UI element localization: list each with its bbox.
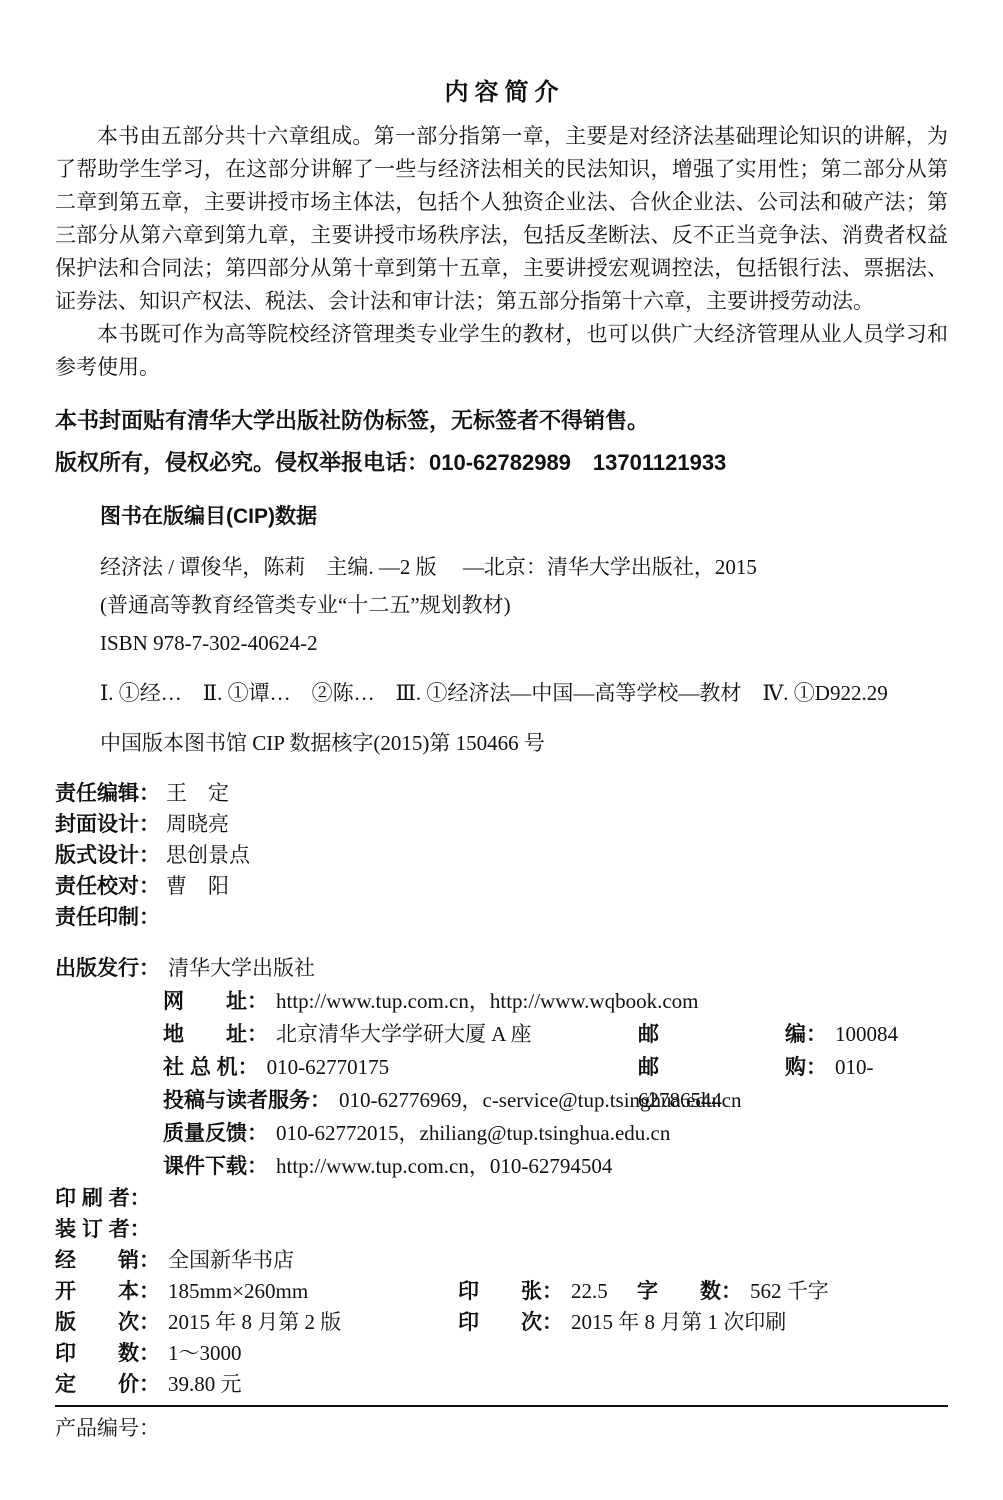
cip-classification: Ⅰ. ①经… Ⅱ. ①谭… ②陈… Ⅲ. ①经济法—中国—高等学校—教材 Ⅳ. …: [55, 678, 948, 708]
print-run-value: 1～3000: [168, 1341, 242, 1365]
credit-value: 周晓亮: [166, 812, 229, 836]
courseware-download-value: http://www.tup.com.cn，010-62794504: [276, 1154, 612, 1178]
publisher-block: 出版发行：清华大学出版社 网 址：http://www.tup.com.cn，h…: [55, 952, 948, 1183]
print-run-row: 印 数：1～3000: [55, 1338, 948, 1369]
postcode-label: 邮 编：: [638, 1023, 827, 1046]
footer-divider: [55, 1405, 948, 1407]
price-label: 定 价：: [55, 1373, 160, 1396]
summary-paragraph-2: 本书既可作为高等院校经济管理类专业学生的教材，也可以供广大经济管理从业人员学习和…: [55, 318, 948, 384]
postcode-group: 邮 编：100084: [638, 1018, 898, 1051]
impression-label: 印 次：: [458, 1311, 563, 1334]
credit-value: 曹 阳: [166, 874, 229, 898]
price-row: 定 价：39.80 元: [55, 1369, 948, 1400]
word-count-label: 字 数：: [637, 1280, 742, 1303]
product-number-row: 产品编号：: [55, 1413, 948, 1443]
copyright-notice: 版权所有，侵权必究。侵权举报电话：010-62782989 1370112193…: [55, 448, 948, 478]
cip-series: (普通高等教育经管类专业“十二五”规划教材): [55, 590, 948, 620]
format-label: 开 本：: [55, 1280, 160, 1303]
website-value: http://www.tup.com.cn，http://www.wqbook.…: [276, 989, 699, 1013]
credit-label: 责任编辑：: [55, 782, 160, 805]
impression-value: 2015 年 8 月第 1 次印刷: [571, 1310, 786, 1334]
reader-service-label: 投稿与读者服务：: [163, 1089, 331, 1112]
switchboard-value: 010-62770175: [267, 1055, 390, 1079]
website-row: 网 址：http://www.tup.com.cn，http://www.wqb…: [163, 985, 948, 1018]
reader-service-value: 010-62776969，c-service@tup.tsinghua.edu.…: [339, 1088, 742, 1112]
printing-info-block: 印 刷 者： 装 订 者： 经 销：全国新华书店 开 本：185mm×260mm…: [55, 1183, 948, 1400]
credit-label: 版式设计：: [55, 844, 160, 867]
format-row: 开 本：185mm×260mm 印 张：22.5 字 数：562 千字: [55, 1276, 948, 1307]
courseware-download-label: 课件下载：: [163, 1155, 268, 1178]
distributor-row: 经 销：全国新华书店: [55, 1245, 948, 1276]
cip-record-number: 中国版本图书馆 CIP 数据核字(2015)第 150466 号: [55, 728, 948, 758]
credit-label: 责任校对：: [55, 875, 160, 898]
sheets-value: 22.5: [571, 1279, 608, 1303]
address-label: 地 址：: [163, 1023, 268, 1046]
credit-label: 责任印制：: [55, 906, 160, 929]
distributor-label: 经 销：: [55, 1249, 160, 1272]
word-count-group: 字 数：562 千字: [637, 1276, 829, 1307]
staff-credits: 责任编辑：王 定 封面设计：周晓亮 版式设计：思创景点 责任校对：曹 阳 责任印…: [55, 778, 948, 933]
sheets-label: 印 张：: [458, 1280, 563, 1303]
content-summary: 本书由五部分共十六章组成。第一部分指第一章，主要是对经济法基础理论知识的讲解，为…: [55, 120, 948, 384]
edition-value: 2015 年 8 月第 2 版: [168, 1310, 341, 1334]
reader-service-row: 投稿与读者服务：010-62776969，c-service@tup.tsing…: [163, 1084, 948, 1117]
summary-paragraph-1: 本书由五部分共十六章组成。第一部分指第一章，主要是对经济法基础理论知识的讲解，为…: [55, 120, 948, 318]
publisher-label: 出版发行：: [55, 957, 160, 980]
printer-label: 印 刷 者：: [55, 1187, 151, 1210]
edition-label: 版 次：: [55, 1311, 160, 1334]
print-run-label: 印 数：: [55, 1342, 160, 1365]
switchboard-label: 社 总 机：: [163, 1056, 259, 1079]
website-label: 网 址：: [163, 990, 268, 1013]
cip-entry: 经济法 / 谭俊华，陈莉 主编. —2 版 —北京：清华大学出版社，2015: [55, 552, 948, 582]
postcode-value: 100084: [835, 1022, 898, 1046]
distributor-value: 全国新华书店: [168, 1248, 294, 1272]
credit-row-layout-design: 版式设计：思创景点: [55, 840, 948, 871]
page-title: 内 容 简 介: [55, 78, 948, 108]
credit-label: 封面设计：: [55, 813, 160, 836]
printer-row: 印 刷 者：: [55, 1183, 948, 1214]
credit-value: 王 定: [166, 781, 229, 805]
credit-row-editor: 责任编辑：王 定: [55, 778, 948, 809]
credit-row-cover-design: 封面设计：周晓亮: [55, 809, 948, 840]
courseware-download-row: 课件下载：http://www.tup.com.cn，010-62794504: [163, 1150, 948, 1183]
binder-label: 装 订 者：: [55, 1218, 151, 1241]
address-row: 地 址：北京清华大学学研大厦 A 座 邮 编：100084: [163, 1018, 948, 1051]
mail-order-label: 邮 购：: [638, 1056, 827, 1079]
sheets-group: 印 张：22.5: [458, 1276, 608, 1307]
impression-group: 印 次：2015 年 8 月第 1 次印刷: [458, 1307, 786, 1338]
publisher-detail-rows: 网 址：http://www.tup.com.cn，http://www.wqb…: [163, 985, 948, 1183]
cip-isbn: ISBN 978-7-302-40624-2: [55, 628, 948, 658]
publisher-name: 清华大学出版社: [168, 956, 315, 980]
quality-feedback-label: 质量反馈：: [163, 1122, 268, 1145]
word-count-value: 562 千字: [750, 1279, 829, 1303]
anti-counterfeit-notice: 本书封面贴有清华大学出版社防伪标签，无标签者不得销售。: [55, 406, 948, 436]
publisher-row: 出版发行：清华大学出版社: [55, 952, 948, 985]
address-value: 北京清华大学学研大厦 A 座: [276, 1022, 532, 1046]
cip-heading: 图书在版编目(CIP)数据: [55, 502, 948, 532]
product-number-label: 产品编号：: [55, 1416, 160, 1440]
quality-feedback-value: 010-62772015，zhiliang@tup.tsinghua.edu.c…: [276, 1121, 670, 1145]
edition-row: 版 次：2015 年 8 月第 2 版 印 次：2015 年 8 月第 1 次印…: [55, 1307, 948, 1338]
format-value: 185mm×260mm: [168, 1279, 308, 1303]
copyright-page: 内 容 简 介 本书由五部分共十六章组成。第一部分指第一章，主要是对经济法基础理…: [0, 0, 1003, 1500]
credit-row-proofreader: 责任校对：曹 阳: [55, 871, 948, 902]
price-value: 39.80 元: [168, 1372, 242, 1396]
credit-value: 思创景点: [166, 843, 250, 867]
quality-feedback-row: 质量反馈：010-62772015，zhiliang@tup.tsinghua.…: [163, 1117, 948, 1150]
credit-row-print-supervisor: 责任印制：: [55, 902, 948, 933]
binder-row: 装 订 者：: [55, 1214, 948, 1245]
switchboard-row: 社 总 机：010-62770175 邮 购：010-62786544: [163, 1051, 948, 1084]
